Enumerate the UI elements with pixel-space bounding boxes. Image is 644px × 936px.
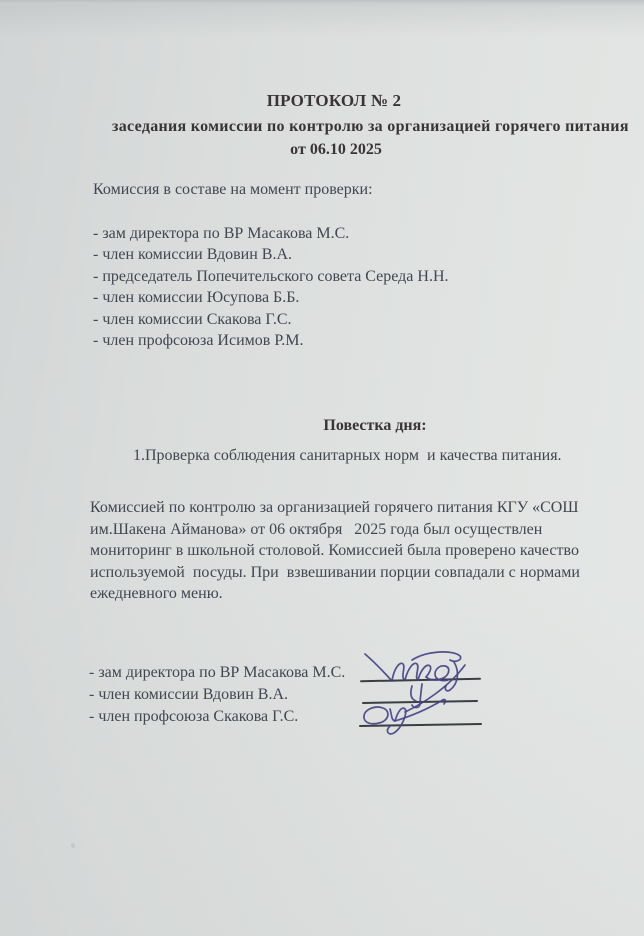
member-line: - член комиссии Скакова Г.С.	[93, 309, 449, 330]
paragraph-line: Комиссией по контролю за организацией го…	[90, 497, 580, 519]
signature-skakova	[364, 700, 446, 734]
document-title: ПРОТОКОЛ № 2	[12, 90, 644, 111]
paragraph-line: используемой посуды. При взвешивании пор…	[90, 562, 580, 584]
member-line: - председатель Попечительского совета Се…	[93, 266, 449, 287]
paragraph-line: мониторинг в школьной столовой. Комиссие…	[90, 540, 580, 562]
member-line: - член комиссии Вдовин В.А.	[93, 244, 449, 265]
commission-member-list: - зам директора по ВР Масакова М.С. - чл…	[93, 223, 449, 351]
photo-top-edge	[0, 0, 644, 7]
signatures-graphic	[350, 640, 520, 740]
paragraph-line: им.Шакена Айманова» от 06 октября 2025 г…	[90, 519, 580, 541]
paper-speck	[71, 843, 75, 848]
commission-intro: Комиссия в составе на момент проверки:	[93, 179, 373, 200]
report-paragraph: Комиссией по контролю за организацией го…	[90, 497, 580, 605]
document-page: ПРОТОКОЛ № 2 заседания комиссии по контр…	[0, 0, 644, 936]
signatory-line: - член профсоюза Скакова Г.С.	[89, 706, 345, 728]
document-subtitle: заседания комиссии по контролю за органи…	[112, 116, 629, 137]
signatory-line: - зам директора по ВР Масакова М.С.	[89, 662, 345, 684]
agenda-item: 1.Проверка соблюдения санитарных норм и …	[133, 445, 562, 466]
member-line: - член профсоюза Исимов Р.М.	[93, 330, 449, 351]
member-line: - член комиссии Юсупова Б.Б.	[93, 287, 449, 308]
signatory-line: - член комиссии Вдовин В.А.	[89, 684, 345, 706]
document-date: от 06.10 2025	[14, 139, 644, 160]
agenda-heading: Повестка дня:	[53, 415, 644, 436]
member-line: - зам директора по ВР Масакова М.С.	[93, 223, 449, 244]
signatory-list: - зам директора по ВР Масакова М.С. - чл…	[89, 662, 345, 727]
paragraph-line: ежедневного меню.	[90, 583, 580, 605]
